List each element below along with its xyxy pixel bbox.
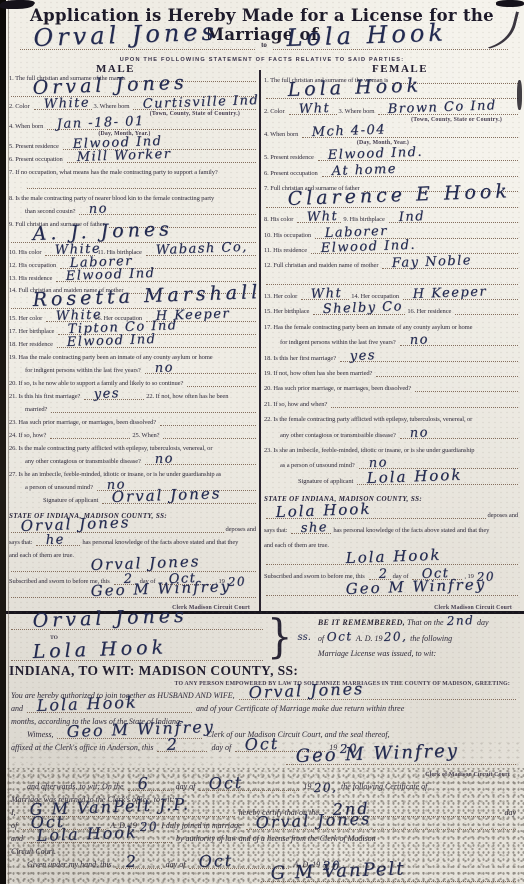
printed-text: 26. Is the male contracting party afflic… bbox=[9, 445, 214, 452]
dotted-rule bbox=[266, 275, 518, 285]
female-line-13: 12. Full christian and maiden name of mo… bbox=[264, 256, 520, 270]
female-line-20: 19. If not, how often has she been marri… bbox=[264, 363, 520, 377]
handwritten-entry: Lola Hook bbox=[36, 693, 138, 716]
printed-text: Given under my hand, this bbox=[25, 860, 114, 869]
dotted-rule bbox=[50, 429, 130, 439]
printed-text: 6. Present occupation bbox=[264, 170, 320, 177]
male-line-40: Geo M Winfrey bbox=[9, 586, 258, 598]
handwritten-entry: Wht bbox=[311, 286, 343, 302]
handwritten-entry: Orval Jones bbox=[248, 679, 364, 702]
groom-name-handwriting: Orval Jones bbox=[33, 18, 218, 52]
printed-text: 19. Has the male contracting party been … bbox=[9, 354, 215, 361]
handwritten-entry: Mch 4-04 bbox=[312, 122, 387, 140]
printed-text: Signature of applicant bbox=[298, 478, 355, 485]
dotted-rule: Orval Jones bbox=[239, 690, 516, 700]
handwritten-entry: he bbox=[46, 532, 66, 548]
female-line-34: Geo M Winfrey bbox=[264, 582, 520, 596]
handwritten-entry: Mill Worker bbox=[76, 146, 171, 164]
printed-text: 2. Color bbox=[9, 103, 32, 110]
printed-text: deposes and bbox=[488, 512, 521, 519]
male-line-36: says that:hehas personal knowledge of th… bbox=[9, 534, 258, 546]
handwritten-entry: G M VanPelt bbox=[270, 858, 406, 882]
dotted-rule: Brown Co Ind bbox=[378, 105, 518, 115]
dotted-rule: no bbox=[400, 429, 518, 439]
printed-text: the following Certificate of bbox=[339, 782, 429, 791]
printed-text: 3. Where born bbox=[339, 108, 377, 115]
dotted-rule: 6 bbox=[128, 781, 172, 791]
dotted-rule: Lola Hook bbox=[357, 475, 518, 485]
license-body: INDIANA, TO WIT: MADISON COUNTY, SS:TO A… bbox=[9, 663, 518, 882]
license-line-9: and afterwards, to wit: On the6day ofOct… bbox=[9, 779, 518, 792]
printed-text: 16. Her residence bbox=[407, 308, 453, 315]
handwritten-entry: Shelby Co bbox=[323, 300, 404, 318]
dotted-rule: Wht bbox=[301, 290, 349, 300]
dotted-rule: Mill Worker bbox=[67, 153, 256, 163]
printed-text: 9. His birthplace bbox=[343, 216, 386, 223]
female-line-12: 11. His residenceElwood Ind. bbox=[264, 240, 520, 254]
dotted-rule: Orval Jones bbox=[246, 820, 516, 830]
license-line-0: INDIANA, TO WIT: MADISON COUNTY, SS: bbox=[9, 663, 518, 679]
printed-text: 10. His occupation bbox=[264, 232, 313, 239]
printed-text: 8. His color bbox=[264, 216, 295, 223]
dotted-rule: Geo M Winfrey bbox=[57, 729, 202, 739]
handwritten-entry: White bbox=[43, 95, 90, 112]
handwritten-entry: Lola Hook bbox=[367, 465, 463, 486]
bride-name-handwriting: Lola Hook bbox=[286, 18, 447, 52]
female-line-19: 18. Is this her first marriage?yes bbox=[264, 348, 520, 362]
dotted-rule bbox=[160, 416, 256, 426]
dotted-rule: 2 bbox=[157, 742, 207, 752]
female-line-27: Signature of applicantLola Hook bbox=[264, 471, 520, 485]
female-line-25: 23. Is she an imbecile, feeble-minded, i… bbox=[264, 440, 520, 454]
handwritten-entry: H Keeper bbox=[413, 284, 488, 302]
handwritten-entry: Jan -18- 01 bbox=[57, 114, 145, 132]
dotted-rule: Elwood Ind bbox=[56, 272, 256, 282]
dotted-rule: no bbox=[79, 205, 256, 215]
dotted-rule: Geo M Winfrey bbox=[11, 588, 256, 598]
handwritten-entry: Lola Hook bbox=[36, 823, 138, 846]
printed-text: Clerk of our Madison Circuit Court, and … bbox=[204, 730, 391, 739]
printed-text: 3. Where born bbox=[94, 103, 132, 110]
handwritten-entry: no bbox=[89, 201, 109, 217]
male-line-10: 8. Is the male contracting party of near… bbox=[9, 190, 258, 202]
handwritten-entry: 2nd bbox=[446, 613, 474, 629]
male-line-25: 21. Is this his first marriage?yes22. If… bbox=[9, 388, 258, 400]
scan-left-line bbox=[8, 0, 9, 884]
printed-text: 15. Her birthplace bbox=[264, 308, 311, 315]
dotted-rule: Shelby Co bbox=[313, 305, 405, 315]
printed-text: 11. His residence bbox=[264, 247, 309, 254]
handwritten-entry: Wht bbox=[298, 101, 330, 117]
dotted-rule bbox=[187, 377, 256, 387]
handwritten-entry: Oct bbox=[199, 851, 234, 871]
printed-text: than second cousin? bbox=[25, 208, 77, 215]
scanned-marriage-application: Application is Hereby Made for a License… bbox=[0, 0, 524, 884]
female-line-21: 20. Has such prior marriage, or marriage… bbox=[264, 379, 520, 393]
printed-text: 4. When born bbox=[9, 123, 45, 130]
printed-text: 22. If not, how often has he been bbox=[146, 393, 230, 400]
handwritten-entry: Orval Jones bbox=[32, 72, 188, 99]
printed-text: 17. Her birthplace bbox=[9, 328, 56, 335]
female-line-16: 15. Her birthplaceShelby Co16. Her resid… bbox=[264, 302, 520, 316]
female-line-18: for indigent persons within the last fiv… bbox=[264, 333, 520, 347]
female-line-11: 10. His occupationLaborer bbox=[264, 225, 520, 239]
handwritten-entry: Oct bbox=[209, 773, 244, 793]
ink-blot bbox=[517, 80, 522, 110]
dotted-rule: Jan -18- 01 bbox=[47, 120, 256, 130]
female-line-15: 13. Her colorWht14. Her occupationH Keep… bbox=[264, 286, 520, 300]
dotted-rule: Wht bbox=[289, 105, 337, 115]
female-line-32: Lola Hook bbox=[264, 551, 520, 565]
printed-text: 25. When? bbox=[132, 432, 161, 439]
scan-left-edge bbox=[0, 0, 6, 884]
handwritten-entry: Orval Jones bbox=[20, 513, 130, 535]
male-line-29: 26. Is the male contracting party afflic… bbox=[9, 440, 258, 452]
groom-name-handwriting: Orval Jones bbox=[32, 605, 188, 632]
handwritten-entry: Oct bbox=[245, 734, 280, 754]
printed-text: any other contagious or transmissible di… bbox=[280, 432, 398, 439]
handwritten-entry: she bbox=[301, 520, 329, 536]
printed-text: Clerk Madison Circuit Court bbox=[434, 605, 512, 611]
license-line-16: G M VanPelt bbox=[9, 870, 518, 883]
printed-text: as a person of unsound mind? bbox=[280, 462, 357, 469]
male-column: 1. The full christian and surname of the… bbox=[9, 70, 258, 611]
dotted-rule: H Keeper bbox=[403, 290, 518, 300]
dotted-rule: Laborer bbox=[60, 259, 256, 269]
dotted-rule bbox=[415, 382, 518, 392]
dotted-rule: G M VanPelt bbox=[261, 872, 516, 882]
license-line-15: Given under my hand, this2day ofOctA. D.… bbox=[9, 857, 518, 870]
printed-text: day bbox=[502, 808, 518, 817]
female-column: 1. The full christian and surname of the… bbox=[264, 70, 520, 611]
printed-text: says that: bbox=[264, 527, 289, 534]
bride-name-handwriting: Lola Hook bbox=[32, 636, 167, 663]
printed-text: day of bbox=[209, 743, 233, 752]
printed-text: (Town, County, State of Country.) bbox=[150, 111, 240, 117]
male-line-23: for indigent persons within the last fiv… bbox=[9, 362, 258, 374]
handwritten-entry: Oct bbox=[327, 629, 353, 645]
male-line-28: 24. If so, how?25. When? bbox=[9, 427, 258, 439]
male-line-21: 18. Her residenceElwood Ind bbox=[9, 336, 258, 348]
dotted-rule: Lola Hook bbox=[266, 555, 518, 565]
dotted-rule: no bbox=[400, 336, 518, 346]
handwritten-entry: Orval Jones bbox=[255, 809, 371, 832]
ss-abbreviation: ss. bbox=[294, 632, 313, 643]
dotted-rule: Elwood Ind bbox=[57, 338, 256, 348]
printed-text: BE IT REMEMBERED, bbox=[318, 618, 405, 627]
license-caption-block: Orval Jones TO Lola Hook } ss. BE IT REM… bbox=[9, 614, 517, 661]
male-line-22: 19. Has the male contracting party been … bbox=[9, 349, 258, 361]
male-line-24: 20. If so, is he now able to support a f… bbox=[9, 375, 258, 387]
to-label: to bbox=[257, 41, 271, 50]
handwritten-entry: Geo M Winfrey bbox=[67, 717, 216, 741]
dotted-rule: Orval Jones bbox=[11, 523, 224, 533]
printed-text: by authority of law and of a license fro… bbox=[174, 834, 378, 843]
male-line-31: 27. Is he an imbecile, feeble-minded, id… bbox=[9, 466, 258, 478]
printed-text: 22. Is the female contracting party affl… bbox=[264, 416, 474, 423]
dotted-rule: Clarence E Hook bbox=[266, 198, 518, 208]
dotted-rule: Orval Jones bbox=[102, 494, 256, 504]
dotted-rule: At home bbox=[322, 167, 518, 177]
female-line-1: Lola Hook bbox=[264, 85, 520, 99]
male-line-2: 2. ColorWhite3. Where bornCurtisville In… bbox=[9, 98, 258, 110]
handwritten-entry: 6 bbox=[137, 774, 150, 793]
handwritten-entry: yes bbox=[349, 348, 376, 364]
female-line-23: 22. Is the female contracting party affl… bbox=[264, 410, 520, 424]
remember-line-2: of Oct A. D. 1920, the following bbox=[318, 630, 517, 646]
dotted-rule: Lola Hook bbox=[266, 509, 486, 519]
printed-text: Circuit Court. bbox=[9, 847, 58, 856]
printed-text: for indigent persons within the last fiv… bbox=[280, 339, 398, 346]
printed-text: 23. Has such prior marriage, or marriage… bbox=[9, 419, 158, 426]
printed-text: 19 bbox=[301, 782, 313, 791]
handwritten-entry: Ind bbox=[398, 209, 425, 225]
printed-text: 4. When born bbox=[264, 131, 300, 138]
female-line-2: 2. ColorWht3. Where bornBrown Co Ind bbox=[264, 101, 520, 115]
statement-subtitle: UPON THE FOLLOWING STATEMENT OF FACTS RE… bbox=[0, 57, 524, 63]
female-line-7: 6. Present occupationAt home bbox=[264, 163, 520, 177]
dotted-rule: Fay Noble bbox=[382, 259, 518, 269]
female-line-3: (Town, County, State or Country.) bbox=[264, 117, 520, 123]
handwritten-entry: 20, bbox=[314, 780, 338, 795]
printed-text: Signature of applicant bbox=[43, 497, 100, 504]
printed-text: 18. Her residence bbox=[9, 341, 55, 348]
printed-text: 13. His residence bbox=[9, 275, 54, 282]
printed-text: 7. If no occupation, what means has the … bbox=[9, 169, 220, 176]
dotted-rule: 2 bbox=[116, 859, 162, 869]
male-line-38: Orval Jones bbox=[9, 560, 258, 572]
dotted-rule: Ind bbox=[389, 213, 518, 223]
male-line-9 bbox=[9, 177, 258, 189]
remember-line-3: Marriage License was issued, to wit: bbox=[318, 646, 517, 661]
dotted-rule: White bbox=[34, 100, 92, 110]
top-names-line: Orval Jones to Lola Hook bbox=[18, 26, 510, 50]
handwritten-entry: Orval Jones bbox=[112, 484, 222, 506]
printed-text: 24. If so, how? bbox=[9, 432, 48, 439]
handwritten-entry: Laborer bbox=[325, 223, 389, 240]
printed-text: 21. Is this his first marriage? bbox=[9, 393, 82, 400]
dotted-rule bbox=[331, 398, 518, 408]
handwritten-entry: Elwood Ind. bbox=[320, 238, 416, 256]
dotted-rule: Lola Hook bbox=[27, 703, 192, 713]
dotted-rule: he bbox=[36, 536, 80, 546]
male-line-26: married? bbox=[9, 401, 258, 413]
handwritten-entry: At home bbox=[331, 161, 397, 178]
dotted-rule: yes bbox=[84, 390, 144, 400]
female-line-22: 21. If so, how and when? bbox=[264, 394, 520, 408]
dotted-rule bbox=[455, 305, 518, 315]
handwritten-entry: Geo M Winfrey bbox=[90, 577, 231, 600]
printed-text: of bbox=[9, 821, 19, 830]
male-line-11: than second cousin?no bbox=[9, 203, 258, 215]
dotted-rule bbox=[163, 429, 256, 439]
printed-text: and bbox=[9, 834, 25, 843]
column-divider bbox=[259, 70, 261, 611]
printed-text: 6. Present occupation bbox=[9, 156, 65, 163]
dotted-rule: Curtisville Ind bbox=[133, 100, 256, 110]
handwritten-entry: A. J. Jones bbox=[32, 218, 173, 245]
female-line-9: Clarence E Hook bbox=[264, 194, 520, 208]
dotted-rule: yes bbox=[340, 352, 518, 362]
bride-caption-line: Lola Hook bbox=[9, 646, 265, 661]
handwritten-entry: Brown Co Ind bbox=[388, 98, 497, 117]
handwritten-entry: Fay Noble bbox=[392, 254, 473, 272]
dotted-rule bbox=[376, 367, 518, 377]
printed-text: day of bbox=[164, 860, 188, 869]
dotted-rule: no bbox=[145, 455, 256, 465]
male-line-4: 4. When bornJan -18- 01 bbox=[9, 118, 258, 130]
dotted-rule bbox=[51, 403, 256, 413]
male-line-30: any other contagious or transmissible di… bbox=[9, 453, 258, 465]
license-line-13: andLola Hookby authority of law and of a… bbox=[9, 831, 518, 844]
male-line-8: 7. If no occupation, what means has the … bbox=[9, 164, 258, 176]
printed-text: has personal knowledge of the facts abov… bbox=[82, 539, 240, 546]
dotted-rule: Oct bbox=[199, 781, 299, 791]
parties-names: Orval Jones TO Lola Hook bbox=[9, 614, 265, 661]
handwritten-entry: 20, bbox=[383, 629, 407, 645]
printed-text: and bbox=[9, 704, 25, 713]
dotted-rule: no bbox=[145, 364, 256, 374]
printed-text: 13. Her color bbox=[264, 293, 299, 300]
dotted-rule: Orval Jones bbox=[20, 40, 255, 50]
printed-text: affixed at the Clerk's office in Anderso… bbox=[9, 743, 155, 752]
handwritten-entry: no bbox=[154, 361, 174, 377]
printed-text: 12. His occupation bbox=[9, 262, 58, 269]
printed-text: 2. Color bbox=[264, 108, 287, 115]
printed-text: says that: bbox=[9, 539, 34, 546]
ink-blot bbox=[496, 0, 524, 7]
printed-text: Clerk of Madison Circuit Court bbox=[425, 772, 510, 778]
male-line-16: 13. His residenceElwood Ind bbox=[9, 270, 258, 282]
handwritten-entry: no bbox=[409, 425, 429, 441]
printed-text: 18. Is this her first marriage? bbox=[264, 355, 338, 362]
dotted-rule: Laborer bbox=[315, 229, 518, 239]
handwritten-entry: Wht bbox=[307, 209, 339, 225]
male-line-27: 23. Has such prior marriage, or marriage… bbox=[9, 414, 258, 426]
printed-text: a person of unsound mind? bbox=[25, 484, 95, 491]
groom-caption-line: Orval Jones bbox=[9, 615, 265, 630]
handwritten-entry: Lola Hook bbox=[275, 499, 371, 520]
handwritten-entry: no bbox=[409, 333, 429, 349]
dotted-rule: Lola Hook bbox=[27, 833, 172, 843]
dotted-rule: Orval Jones bbox=[11, 620, 263, 630]
printed-text: the following bbox=[410, 634, 452, 643]
printed-text: 20. Has such prior marriage, or marriage… bbox=[264, 385, 413, 392]
female-line-29: Lola Hookdeposes and bbox=[264, 505, 520, 519]
female-line-10: 8. His colorWht9. His birthplaceInd bbox=[264, 210, 520, 224]
remember-line-1: BE IT REMEMBERED, That on the 2nd day bbox=[318, 614, 517, 630]
handwritten-entry: Lola Hook bbox=[345, 545, 441, 566]
handwritten-entry: Elwood Ind. bbox=[327, 145, 423, 163]
printed-text: 10. His color bbox=[9, 249, 43, 256]
printed-text: any other contagious or transmissible di… bbox=[25, 458, 143, 465]
handwritten-entry: Elwood Ind bbox=[66, 332, 156, 350]
dotted-rule: White bbox=[45, 246, 95, 256]
printed-text: 21. If so, how and when? bbox=[264, 401, 329, 408]
printed-text: and each of them are true. bbox=[9, 552, 76, 559]
female-line-35: Clerk Madison Circuit Court bbox=[264, 597, 520, 611]
printed-text: day of bbox=[174, 782, 198, 791]
male-line-7: 6. Present occupationMill Worker bbox=[9, 151, 258, 163]
dotted-rule: Mch 4-04 bbox=[302, 128, 518, 138]
caption-brace: } bbox=[265, 610, 294, 664]
printed-text: has personal knowledge of the facts abov… bbox=[333, 527, 491, 534]
dotted-rule: Wabash Co, bbox=[146, 246, 256, 256]
dotted-rule: Wht bbox=[297, 213, 341, 223]
dotted-rule: Orval Jones bbox=[11, 562, 256, 572]
printed-text: 5. Present residence bbox=[264, 154, 316, 161]
printed-text: day bbox=[477, 618, 489, 627]
printed-text: and each of them are true. bbox=[264, 542, 331, 549]
printed-text: 19. If not, how often has she been marri… bbox=[264, 370, 374, 377]
printed-text: Marriage License was issued, to wit: bbox=[318, 649, 436, 658]
printed-text: for indigent persons within the last fiv… bbox=[25, 367, 143, 374]
dotted-rule: Elwood Ind. bbox=[311, 244, 518, 254]
printed-text: I, bbox=[9, 808, 18, 817]
female-line-24: any other contagious or transmissible di… bbox=[264, 425, 520, 439]
dotted-rule: Lola Hook bbox=[11, 651, 263, 661]
printed-text: 15. Her color bbox=[9, 315, 44, 322]
handwritten-entry: Geo M Winfrey bbox=[295, 741, 459, 768]
male-line-33: Signature of applicantOrval Jones bbox=[9, 492, 258, 504]
handwritten-entry: 20 bbox=[139, 819, 158, 834]
printed-text: That on the bbox=[407, 618, 443, 627]
printed-text: and afterwards, to wit: On the bbox=[25, 782, 126, 791]
printed-text: 12. Full christian and maiden name of mo… bbox=[264, 262, 380, 269]
male-line-14: 10. His colorWhite11. His birthplaceWaba… bbox=[9, 244, 258, 256]
dotted-rule: she bbox=[291, 524, 331, 534]
license-line-7: Geo M Winfrey bbox=[9, 753, 518, 766]
printed-text: 23. Is she an imbecile, feeble-minded, i… bbox=[264, 447, 476, 454]
handwritten-entry: Elwood Ind bbox=[66, 265, 156, 283]
dotted-rule bbox=[27, 179, 256, 189]
printed-text: 5. Present residence bbox=[9, 143, 61, 150]
handwritten-entry: Wabash Co, bbox=[155, 239, 248, 257]
printed-text: INDIANA, TO WIT: MADISON COUNTY, SS: bbox=[9, 663, 298, 679]
license-line-14: Circuit Court. bbox=[9, 844, 518, 857]
handwritten-entry: 2 bbox=[167, 735, 180, 754]
female-line-4: 4. When bornMch 4-04 bbox=[264, 124, 520, 138]
printed-text: deposes and bbox=[226, 526, 259, 533]
printed-text: 8. Is the male contracting party of near… bbox=[9, 195, 216, 202]
printed-text: married? bbox=[25, 406, 49, 413]
dotted-rule: Elwood Ind. bbox=[318, 151, 518, 161]
handwritten-entry: Curtisville Ind bbox=[143, 93, 258, 112]
handwritten-entry: yes bbox=[94, 386, 121, 402]
dotted-rule: Geo M Winfrey bbox=[266, 586, 518, 596]
printed-text: (Town, County, State or Country.) bbox=[411, 117, 502, 123]
male-line-35: Orval Jonesdeposes and bbox=[9, 521, 258, 533]
female-line-30: says that:shehas personal knowledge of t… bbox=[264, 520, 520, 534]
printed-text: I duly joined in marriage bbox=[159, 821, 243, 830]
dotted-rule: Geo M Winfrey bbox=[286, 755, 516, 765]
pen-stroke-artifact bbox=[448, 0, 519, 60]
license-line-8: Clerk of Madison Circuit Court bbox=[9, 766, 518, 779]
be-it-remembered-text: BE IT REMEMBERED, That on the 2nd day of… bbox=[314, 614, 517, 661]
printed-text: 17. Has the female contracting party bee… bbox=[264, 324, 474, 331]
license-line-3: andLola Hookand of your Certificate of M… bbox=[9, 701, 518, 714]
printed-text: of bbox=[318, 634, 324, 643]
printed-text: and of your Certificate of Marriage make… bbox=[194, 704, 406, 713]
handwritten-entry: 2 bbox=[125, 852, 138, 871]
female-line-14 bbox=[264, 271, 520, 285]
handwritten-entry: Lola Hook bbox=[287, 75, 422, 102]
female-line-17: 17. Has the female contracting party bee… bbox=[264, 317, 520, 331]
printed-text: A. D. 19 bbox=[356, 634, 383, 643]
printed-text: Witness, bbox=[25, 730, 55, 739]
handwritten-entry: no bbox=[154, 451, 174, 467]
female-line-6: 5. Present residenceElwood Ind. bbox=[264, 148, 520, 162]
